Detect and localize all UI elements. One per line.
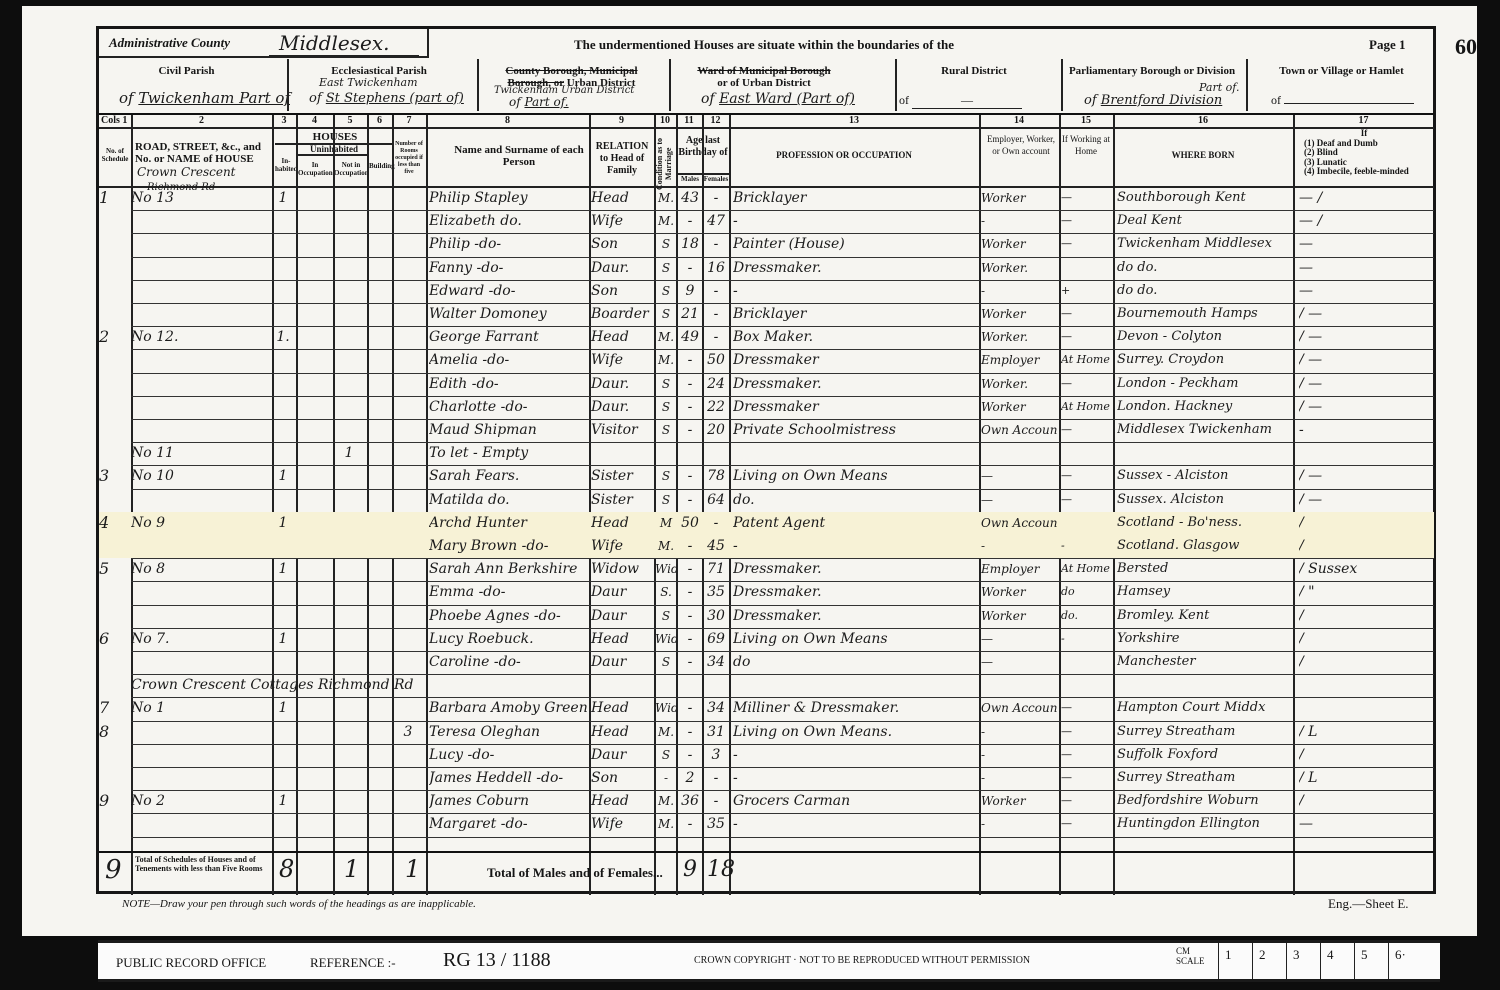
civil-parish-label: Civil Parish — [99, 65, 274, 77]
occupation: - — [733, 769, 977, 787]
infirmity: / L — [1299, 723, 1429, 741]
infirmity: / — [1299, 792, 1429, 810]
relation: Daur. — [591, 259, 653, 277]
working-at-home: — — [1061, 212, 1113, 230]
marital-condition: Widow — [655, 630, 677, 648]
inhabited-count: 1 — [272, 560, 294, 578]
occupation: Bricklayer — [733, 305, 977, 323]
employment-status: Worker — [981, 583, 1057, 601]
occupation: - — [733, 746, 977, 764]
person-name: Edward -do- — [429, 282, 589, 300]
working-at-home: — — [1061, 699, 1113, 717]
age-female: 16 — [704, 259, 728, 277]
working-at-home: At Home — [1061, 560, 1113, 578]
house-address: No 12. — [131, 328, 270, 346]
age-female: - — [704, 189, 728, 207]
birthplace: Suffolk Foxford — [1117, 746, 1291, 764]
birthplace: Middlesex Twickenham — [1117, 421, 1291, 439]
infirmity: / — — [1299, 467, 1429, 485]
infirmity: - — [1299, 421, 1429, 439]
employment-status: — — [981, 467, 1057, 485]
person-name: Amelia -do- — [429, 351, 589, 369]
person-name: Mary Brown -do- — [429, 537, 589, 555]
relation: Wife — [591, 537, 653, 555]
ward-value: of East Ward (Part of) — [701, 91, 855, 107]
col-relation-header: RELATION to Head of Family — [591, 141, 653, 177]
employment-status: - — [981, 537, 1057, 555]
working-at-home: — — [1061, 723, 1113, 741]
relation: Visitor — [591, 421, 653, 439]
relation: Wife — [591, 815, 653, 833]
age-female: 3 — [704, 746, 728, 764]
working-at-home: - — [1061, 537, 1113, 555]
working-at-home: — — [1061, 792, 1113, 810]
person-name: Emma -do- — [429, 583, 589, 601]
parliamentary-borough-label: Parliamentary Borough or Division — [1067, 65, 1237, 77]
birthplace: Bournemouth Hamps — [1117, 305, 1291, 323]
house-address: No 9 — [131, 514, 270, 532]
occupation: Living on Own Means. — [733, 723, 977, 741]
person-name: Caroline -do- — [429, 653, 589, 671]
marital-condition: M. — [655, 537, 677, 555]
column-number: 2 — [131, 115, 272, 126]
marital-condition: M. — [655, 212, 677, 230]
relation: Head — [591, 189, 653, 207]
age-male: 49 — [678, 328, 702, 346]
relation: Wife — [591, 351, 653, 369]
scale-mark: 1 — [1218, 943, 1251, 979]
working-at-home: — — [1061, 235, 1113, 253]
employment-status: Own Account. — [981, 514, 1057, 532]
street-note-top: Crown Crescent — [137, 165, 236, 179]
rooms-count: 3 — [392, 723, 424, 741]
age-male: - — [678, 351, 702, 369]
employment-status: Worker. — [981, 259, 1057, 277]
form-note: NOTE—Draw your pen through such words of… — [122, 898, 476, 910]
age-female: 69 — [704, 630, 728, 648]
infirmity: / — — [1299, 398, 1429, 416]
infirmity: — — [1299, 282, 1429, 300]
ward-label: Ward of Municipal Boroughor of Urban Dis… — [674, 65, 854, 89]
infirmity: — / — [1299, 212, 1429, 230]
total-schedules: 9 — [105, 855, 122, 885]
house-address: Crown Crescent Cottages Richmond Rd — [131, 676, 531, 694]
person-name: Teresa Oleghan — [429, 723, 589, 741]
infirmity: / — — [1299, 491, 1429, 509]
working-at-home: — — [1061, 421, 1113, 439]
age-female: 35 — [704, 583, 728, 601]
marital-condition: M. — [655, 815, 677, 833]
relation: Head — [591, 699, 653, 717]
relation: Daur — [591, 607, 653, 625]
age-male: 9 — [678, 282, 702, 300]
employment-status: Employer — [981, 560, 1057, 578]
age-female: 30 — [704, 607, 728, 625]
marital-condition: S — [655, 421, 677, 439]
occupation: Patent Agent — [733, 514, 977, 532]
employment-status: - — [981, 815, 1057, 833]
marital-condition: M. — [655, 328, 677, 346]
birthplace: Surrey. Croydon — [1117, 351, 1291, 369]
total-males: 9 — [683, 857, 697, 882]
person-name: Philip -do- — [429, 235, 589, 253]
scale-mark: 4 — [1320, 943, 1353, 979]
age-female: - — [704, 235, 728, 253]
occupation: - — [733, 537, 977, 555]
relation: Widow — [591, 560, 653, 578]
relation: Daur. — [591, 398, 653, 416]
person-name: To let - Empty — [429, 444, 589, 462]
occupation: Dressmaker. — [733, 607, 977, 625]
house-address: No 2 — [131, 792, 270, 810]
working-at-home: At Home — [1061, 398, 1113, 416]
inhabited-count: 1 — [272, 630, 294, 648]
age-male: - — [678, 560, 702, 578]
column-number: 12 — [702, 115, 729, 126]
inhabited-count: 1 — [272, 514, 294, 532]
rural-district-value: of — — [899, 93, 1022, 109]
relation: Head — [591, 514, 653, 532]
occupation: Private Schoolmistress — [733, 421, 977, 439]
age-female: 50 — [704, 351, 728, 369]
marital-condition: Widow — [655, 699, 677, 717]
total-persons-label: Total of Males and of Females... — [487, 865, 663, 881]
age-male: - — [678, 815, 702, 833]
occupation: do. — [733, 491, 977, 509]
marital-condition: S — [655, 375, 677, 393]
schedule-number: 5 — [99, 560, 129, 578]
birthplace: London - Peckham — [1117, 375, 1291, 393]
age-female: 20 — [704, 421, 728, 439]
working-at-home: do. — [1061, 607, 1113, 625]
working-at-home: At Home — [1061, 351, 1113, 369]
schedule-number: 4 — [99, 514, 129, 532]
column-number: 6 — [367, 115, 392, 126]
birthplace: Surrey Streatham — [1117, 769, 1291, 787]
age-female: 34 — [704, 653, 728, 671]
person-name: Maud Shipman — [429, 421, 589, 439]
total-inhabited: 8 — [279, 855, 294, 883]
infirmity: / — [1299, 537, 1429, 555]
sheet-code: Eng.—Sheet E. — [1328, 896, 1409, 912]
age-male: - — [678, 607, 702, 625]
column-number: 15 — [1059, 115, 1113, 126]
occupation: Dressmaker — [733, 351, 977, 369]
col-at-home-header: If Working at Home — [1061, 133, 1111, 157]
employment-status: Worker — [981, 305, 1057, 323]
person-name: Barbara Amoby Green — [429, 699, 589, 717]
col-females-header: Females — [703, 175, 729, 183]
working-at-home: - — [1061, 630, 1113, 648]
relation: Wife — [591, 212, 653, 230]
age-male: - — [678, 583, 702, 601]
infirmity: / — — [1299, 328, 1429, 346]
employment-status: Worker — [981, 398, 1057, 416]
person-name: George Farrant — [429, 328, 589, 346]
infirmity: — — [1299, 815, 1429, 833]
relation: Head — [591, 328, 653, 346]
schedule-number: 1 — [99, 189, 129, 207]
person-name: Archd Hunter — [429, 514, 589, 532]
schedule-number: 2 — [99, 328, 129, 346]
working-at-home: — — [1061, 491, 1113, 509]
birthplace: do do. — [1117, 259, 1291, 277]
parliamentary-borough-value: of Brentford Division — [1084, 93, 1222, 108]
occupation: - — [733, 282, 977, 300]
working-at-home: — — [1061, 815, 1113, 833]
occupation: - — [733, 212, 977, 230]
relation: Son — [591, 282, 653, 300]
employment-status: — — [981, 630, 1057, 648]
age-female: 22 — [704, 398, 728, 416]
occupation: Dressmaker. — [733, 375, 977, 393]
age-female: 24 — [704, 375, 728, 393]
employment-status: — — [981, 653, 1057, 671]
age-male: - — [678, 212, 702, 230]
age-male: - — [678, 630, 702, 648]
infirmity: / — — [1299, 305, 1429, 323]
birthplace: Devon - Colyton — [1117, 328, 1291, 346]
person-name: Lucy Roebuck. — [429, 630, 589, 648]
col-infirmity-header: If (1) Deaf and Dumb (2) Blind (3) Lunat… — [1304, 129, 1424, 177]
age-female: 71 — [704, 560, 728, 578]
col-road-header: ROAD, STREET, &c., and No. or NAME of HO… — [135, 141, 265, 165]
birthplace: Huntingdon Ellington — [1117, 815, 1291, 833]
town-value: of — [1271, 93, 1414, 108]
birthplace: London. Hackney — [1117, 398, 1291, 416]
age-male: - — [678, 699, 702, 717]
age-female: 35 — [704, 815, 728, 833]
infirmity: / L — [1299, 769, 1429, 787]
occupation: Dressmaker. — [733, 259, 977, 277]
infirmity: / — — [1299, 351, 1429, 369]
age-male: - — [678, 491, 702, 509]
total-rooms: 1 — [405, 855, 420, 883]
copyright-notice: CROWN COPYRIGHT · NOT TO BE REPRODUCED W… — [694, 955, 1030, 966]
column-number: 14 — [979, 115, 1059, 126]
scale-mark: 3 — [1286, 943, 1319, 979]
street-note-sub: Richmond Rd — [147, 179, 215, 197]
column-number: 13 — [729, 115, 979, 126]
relation: Boarder — [591, 305, 653, 323]
employment-status: Own Account — [981, 699, 1057, 717]
occupation: Milliner & Dressmaker. — [733, 699, 977, 717]
marital-condition: S — [655, 282, 677, 300]
civil-parish-value: of Twickenham Part of — [119, 89, 290, 107]
birthplace: Hampton Court Middx — [1117, 699, 1291, 717]
birthplace: Bersted — [1117, 560, 1291, 578]
marital-condition: M — [655, 514, 677, 532]
age-male: - — [678, 653, 702, 671]
marital-condition: S — [655, 491, 677, 509]
person-name: Lucy -do- — [429, 746, 589, 764]
relation: Daur — [591, 653, 653, 671]
employment-status: Own Account — [981, 421, 1057, 439]
urban-district-value: of Part of. — [509, 95, 569, 109]
col-houses-header: HOUSES — [275, 131, 395, 143]
working-at-home: — — [1061, 328, 1113, 346]
age-female: 78 — [704, 467, 728, 485]
infirmity: / — [1299, 746, 1429, 764]
scale-mark: 6· — [1388, 943, 1421, 979]
age-female: - — [704, 792, 728, 810]
infirmity: / — — [1299, 375, 1429, 393]
birthplace: Deal Kent — [1117, 212, 1291, 230]
column-number: 17 — [1293, 115, 1434, 126]
marital-condition: M. — [655, 723, 677, 741]
relation: Head — [591, 630, 653, 648]
schedule-number: 7 — [99, 699, 129, 717]
col-schedule-header: No. of Schedule — [100, 147, 130, 163]
page-label: Page 1 — [1369, 37, 1405, 53]
column-number: 3 — [272, 115, 296, 126]
employment-status: - — [981, 212, 1057, 230]
age-male: 18 — [678, 235, 702, 253]
house-address: No 10 — [131, 467, 270, 485]
marital-condition: M. — [655, 792, 677, 810]
schedule-number: 6 — [99, 630, 129, 648]
working-at-home: do — [1061, 583, 1113, 601]
working-at-home: — — [1061, 305, 1113, 323]
col-occupation-header: PROFESSION OR OCCUPATION — [739, 149, 949, 161]
column-number: 5 — [333, 115, 367, 126]
occupation: Dressmaker — [733, 398, 977, 416]
inhabited-count: 1. — [272, 328, 294, 346]
person-name: Matilda do. — [429, 491, 589, 509]
birthplace: Sussex - Alciston — [1117, 467, 1291, 485]
employment-status: - — [981, 746, 1057, 764]
sheet-number: 60 — [1455, 34, 1477, 60]
occupation: Grocers Carman — [733, 792, 977, 810]
person-name: Charlotte -do- — [429, 398, 589, 416]
working-at-home: + — [1061, 282, 1113, 300]
uninhabited-count: 1 — [333, 444, 365, 462]
marital-condition: Widow — [655, 560, 677, 578]
person-name: Margaret -do- — [429, 815, 589, 833]
infirmity: — / — [1299, 189, 1429, 207]
census-form: Administrative County Middlesex. The und… — [96, 26, 1436, 894]
house-address: No 11 — [131, 444, 270, 462]
person-name: Fanny -do- — [429, 259, 589, 277]
working-at-home: — — [1061, 375, 1113, 393]
column-number: 8 — [426, 115, 589, 126]
employment-status: - — [981, 723, 1057, 741]
relation: Daur — [591, 583, 653, 601]
reference-label: REFERENCE :- — [310, 955, 396, 971]
occupation: Living on Own Means — [733, 467, 977, 485]
employment-status: Worker — [981, 607, 1057, 625]
infirmity: / — [1299, 630, 1429, 648]
column-number: Cols 1 — [99, 115, 133, 126]
column-number: 9 — [589, 115, 654, 126]
infirmity: / — [1299, 514, 1429, 532]
ecclesiastical-parish-value: of St Stephens (part of) — [309, 91, 464, 106]
age-male: - — [678, 375, 702, 393]
inhabited-count: 1 — [272, 189, 294, 207]
relation: Son — [591, 769, 653, 787]
person-name: Sarah Ann Berkshire — [429, 560, 589, 578]
infirmity: / Sussex — [1299, 560, 1429, 578]
inhabited-count: 1 — [272, 467, 294, 485]
col-employer-header: Employer, Worker, or Own account — [985, 133, 1057, 157]
age-female: 34 — [704, 699, 728, 717]
reference-number: RG 13 / 1188 — [443, 949, 551, 972]
col-rooms-header: Number of Rooms occupied if less than fi… — [395, 141, 423, 176]
age-male: 36 — [678, 792, 702, 810]
schedule-number: 8 — [99, 723, 129, 741]
column-number: 16 — [1113, 115, 1293, 126]
marital-condition: S — [655, 235, 677, 253]
marital-condition: S — [655, 305, 677, 323]
age-female: 64 — [704, 491, 728, 509]
scale-mark: 2 — [1252, 943, 1285, 979]
age-male: - — [678, 421, 702, 439]
total-females: 18 — [707, 857, 735, 882]
age-female: - — [704, 282, 728, 300]
col-name-header: Name and Surname of each Person — [439, 144, 599, 168]
total-uninhabited: 1 — [344, 855, 359, 883]
office-label: PUBLIC RECORD OFFICE — [116, 955, 266, 971]
inhabited-count: 1 — [272, 699, 294, 717]
employment-status: Worker. — [981, 375, 1057, 393]
person-name: Edith -do- — [429, 375, 589, 393]
birthplace: Sussex. Alciston — [1117, 491, 1291, 509]
column-number: 11 — [676, 115, 702, 126]
house-address: No 1 — [131, 699, 270, 717]
rural-district-label: Rural District — [899, 65, 1049, 77]
birthplace: Surrey Streatham — [1117, 723, 1291, 741]
person-name: Elizabeth do. — [429, 212, 589, 230]
scale-mark: 5 — [1354, 943, 1387, 979]
column-number: 7 — [392, 115, 426, 126]
person-name: Philip Stapley — [429, 189, 589, 207]
marital-condition: S. — [655, 583, 677, 601]
person-name: Phoebe Agnes -do- — [429, 607, 589, 625]
occupation: Painter (House) — [733, 235, 977, 253]
marital-condition: S — [655, 398, 677, 416]
admin-county-label: Administrative County — [109, 35, 230, 51]
working-at-home: — — [1061, 467, 1113, 485]
age-male: 50 — [678, 514, 702, 532]
age-female: - — [704, 514, 728, 532]
occupation: - — [733, 815, 977, 833]
column-number: 4 — [296, 115, 333, 126]
col-not-in-occupation-header: Not in Occupation — [334, 161, 368, 177]
schedule-number: 3 — [99, 467, 129, 485]
employment-status: Employer — [981, 351, 1057, 369]
person-name: Sarah Fears. — [429, 467, 589, 485]
infirmity: — — [1299, 235, 1429, 253]
birthplace: do do. — [1117, 282, 1291, 300]
occupation: Living on Own Means — [733, 630, 977, 648]
page-number: 1 — [1399, 37, 1406, 52]
scale-label: CMSCALE — [1176, 946, 1205, 966]
birthplace: Southborough Kent — [1117, 189, 1291, 207]
birthplace: Scotland. Glasgow — [1117, 537, 1291, 555]
marital-condition: S — [655, 467, 677, 485]
col-building-header: Building — [369, 162, 393, 170]
working-at-home: — — [1061, 769, 1113, 787]
house-address: No 8 — [131, 560, 270, 578]
birthplace: Manchester — [1117, 653, 1291, 671]
marital-condition: S — [655, 607, 677, 625]
working-at-home: — — [1061, 746, 1113, 764]
col-inhabited-header: In-habited — [275, 157, 297, 173]
form-title: The undermentioned Houses are situate wi… — [574, 37, 954, 53]
age-male: 2 — [678, 769, 702, 787]
age-female: - — [704, 328, 728, 346]
birthplace: Yorkshire — [1117, 630, 1291, 648]
